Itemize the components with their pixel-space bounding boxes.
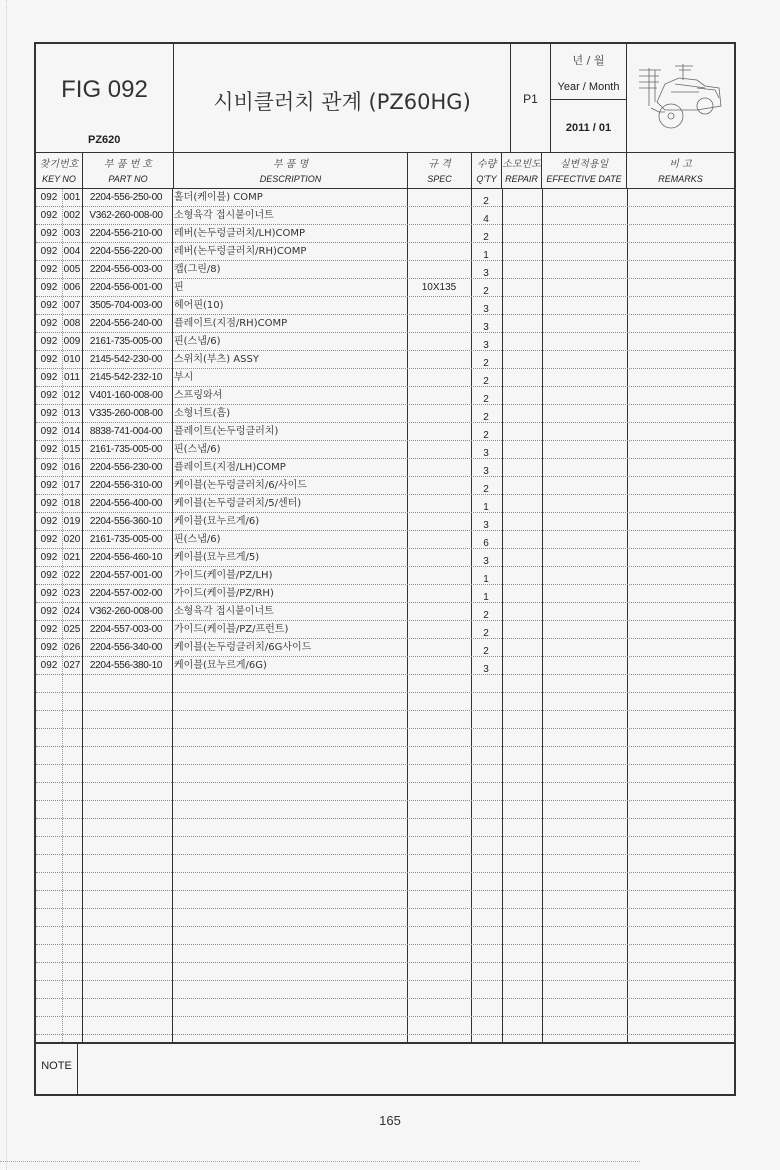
fig-number-cell: 092	[36, 531, 62, 549]
key-number-cell: 018	[62, 495, 82, 513]
description-cell: 케이블(논두렁클러치/5/센터)	[174, 495, 404, 513]
empty-table-row	[36, 981, 734, 999]
key-number-cell: 010	[62, 351, 82, 369]
empty-table-row	[36, 729, 734, 747]
fig-number-cell: 092	[36, 243, 62, 261]
empty-table-row	[36, 1017, 734, 1035]
col-part-no-ko: 부 품 번 호	[83, 155, 173, 170]
key-number-cell: 014	[62, 423, 82, 441]
part-number-cell: 2204-556-310-00	[83, 477, 169, 495]
col-spec-en: SPEC	[408, 174, 471, 184]
empty-table-row	[36, 891, 734, 909]
description-cell: 핀(스냅/6)	[174, 333, 404, 351]
spec-cell	[408, 351, 470, 369]
part-number-cell: 2204-556-340-00	[83, 639, 169, 657]
date-label-en: Year / Month	[551, 81, 626, 93]
key-number-cell: 007	[62, 297, 82, 315]
part-number-cell: V335-260-008-00	[83, 405, 169, 423]
key-number-cell: 027	[62, 657, 82, 675]
spec-cell	[408, 621, 470, 639]
description-cell: 케이블(논두렁클러치/6/사이드	[174, 477, 404, 495]
spec-cell	[408, 477, 470, 495]
description-cell: 케이블(묘누르게/6G)	[174, 657, 404, 675]
fig-number-cell: 092	[36, 423, 62, 441]
rice-transplanter-illustration-icon	[635, 62, 727, 134]
date-box: 년 / 월 Year / Month 2011 / 01	[551, 44, 627, 152]
spec-cell	[408, 315, 470, 333]
spec-cell	[408, 441, 470, 459]
fig-number-cell: 092	[36, 477, 62, 495]
spec-cell	[408, 513, 470, 531]
description-cell: 케이블(묘누르게/6)	[174, 513, 404, 531]
spec-cell	[408, 459, 470, 477]
part-number-cell: 2204-557-002-00	[83, 585, 169, 603]
key-number-cell: 006	[62, 279, 82, 297]
fig-number-cell: 092	[36, 369, 62, 387]
fig-number-cell: 092	[36, 459, 62, 477]
scan-edge-line	[0, 1161, 640, 1162]
empty-table-row	[36, 855, 734, 873]
table-row: 0920042204-556-220-00레버(논두렁클러치/RH)COMP1	[36, 243, 734, 261]
fig-number-cell: 092	[36, 585, 62, 603]
spec-cell	[408, 423, 470, 441]
spec-cell	[408, 585, 470, 603]
table-row: 092024V362-260-008-00소형육각 접시붙이너트2	[36, 603, 734, 621]
spec-cell	[408, 333, 470, 351]
part-number-cell: 2204-556-220-00	[83, 243, 169, 261]
key-number-cell: 022	[62, 567, 82, 585]
description-cell: 케이블(묘누르게/5)	[174, 549, 404, 567]
description-cell: 소형육각 접시붙이너트	[174, 603, 404, 621]
key-number-cell: 026	[62, 639, 82, 657]
table-row: 0920052204-556-003-00캡(그린/8)3	[36, 261, 734, 279]
part-number-cell: V401-160-008-00	[83, 387, 169, 405]
spec-cell	[408, 495, 470, 513]
fig-number-cell: 092	[36, 189, 62, 207]
col-remarks-en: REMARKS	[627, 174, 734, 184]
part-number-cell: 2204-556-240-00	[83, 315, 169, 333]
spec-cell	[408, 261, 470, 279]
part-number-cell: V362-260-008-00	[83, 603, 169, 621]
table-row: 0920202161-735-005-00핀(스냅/6)6	[36, 531, 734, 549]
part-number-cell: 2204-556-230-00	[83, 459, 169, 477]
key-number-cell: 025	[62, 621, 82, 639]
fig-number-cell: 092	[36, 657, 62, 675]
col-effective-date: 실변적용일 EFFECTIVE DATE	[542, 153, 627, 188]
spec-cell	[408, 549, 470, 567]
description-cell: 캡(그린/8)	[174, 261, 404, 279]
empty-table-row	[36, 801, 734, 819]
part-number-cell: 3505-704-003-00	[83, 297, 169, 315]
col-repair-en: REPAIR	[502, 174, 541, 184]
col-part-no: 부 품 번 호 PART NO	[83, 153, 174, 188]
part-number-cell: 2161-735-005-00	[83, 333, 169, 351]
empty-table-row	[36, 945, 734, 963]
part-number-cell: 2161-735-005-00	[83, 441, 169, 459]
fig-number-cell: 092	[36, 279, 62, 297]
empty-table-row	[36, 819, 734, 837]
key-number-cell: 002	[62, 207, 82, 225]
key-number-cell: 017	[62, 477, 82, 495]
part-number-cell: 8838-741-004-00	[83, 423, 169, 441]
page-title: 시비클러치 관계 (PZ60HG)	[174, 86, 510, 116]
empty-table-row	[36, 837, 734, 855]
page-number: 165	[0, 1113, 780, 1128]
part-number-cell: 2145-542-230-00	[83, 351, 169, 369]
date-label-ko: 년 / 월	[551, 52, 626, 68]
part-number-cell: 2145-542-232-10	[83, 369, 169, 387]
empty-table-row	[36, 999, 734, 1017]
description-cell: 가이드(케이블/PZ/RH)	[174, 585, 404, 603]
part-number-cell: 2204-556-250-00	[83, 189, 169, 207]
description-cell: 가이드(케이블/PZ/프런트)	[174, 621, 404, 639]
key-number-cell: 009	[62, 333, 82, 351]
key-number-cell: 003	[62, 225, 82, 243]
illustration-box	[627, 44, 734, 152]
date-label-box: 년 / 월 Year / Month	[551, 44, 626, 100]
fig-number-cell: 092	[36, 315, 62, 333]
empty-table-row	[36, 693, 734, 711]
table-row: 0920232204-557-002-00가이드(케이블/PZ/RH)1	[36, 585, 734, 603]
key-number-cell: 016	[62, 459, 82, 477]
description-cell: 플레이트(지점/LH)COMP	[174, 459, 404, 477]
part-number-cell: 2161-735-005-00	[83, 531, 169, 549]
part-number-cell: 2204-556-400-00	[83, 495, 169, 513]
description-cell: 핀(스냅/6)	[174, 441, 404, 459]
page-code: P1	[511, 92, 550, 106]
description-cell: 홀더(케이블) COMP	[174, 189, 404, 207]
col-spec-ko: 규 격	[408, 155, 471, 170]
empty-table-row	[36, 675, 734, 693]
part-number-cell: 2204-556-001-00	[83, 279, 169, 297]
spec-cell	[408, 189, 470, 207]
fig-number-cell: 092	[36, 333, 62, 351]
fig-number-cell: 092	[36, 513, 62, 531]
spec-cell	[408, 243, 470, 261]
fig-number-cell: 092	[36, 549, 62, 567]
table-row: 0920082204-556-240-00플레이트(지점/RH)COMP3	[36, 315, 734, 333]
col-key-no: 찾기번호 KEY NO	[36, 153, 83, 188]
part-number-cell: 2204-556-360-10	[83, 513, 169, 531]
col-repair-ko: 소모빈도	[502, 155, 541, 170]
col-description-ko: 부 품 명	[174, 155, 407, 170]
part-number-cell: 2204-556-380-10	[83, 657, 169, 675]
part-number-cell: 2204-556-003-00	[83, 261, 169, 279]
fig-number-cell: 092	[36, 495, 62, 513]
description-cell: 케이블(논두렁클러치/6G사이드	[174, 639, 404, 657]
col-effective-date-en: EFFECTIVE DATE	[542, 174, 626, 184]
fig-number-cell: 092	[36, 567, 62, 585]
key-number-cell: 020	[62, 531, 82, 549]
table-row: 0920162204-556-230-00플레이트(지점/LH)COMP3	[36, 459, 734, 477]
spec-cell	[408, 657, 470, 675]
part-number-cell: 2204-556-210-00	[83, 225, 169, 243]
col-description: 부 품 명 DESCRIPTION	[174, 153, 408, 188]
spec-cell	[408, 639, 470, 657]
spec-cell	[408, 369, 470, 387]
fig-number-cell: 092	[36, 639, 62, 657]
parts-sheet: FIG 092 PZ620 시비클러치 관계 (PZ60HG) P1 년 / 월…	[34, 42, 736, 1096]
table-row: 0920182204-556-400-00케이블(논두렁클러치/5/센터)1	[36, 495, 734, 513]
col-qty-ko: 수량	[472, 155, 501, 170]
key-number-cell: 004	[62, 243, 82, 261]
table-row: 0920152161-735-005-00핀(스냅/6)3	[36, 441, 734, 459]
key-number-cell: 008	[62, 315, 82, 333]
col-part-no-en: PART NO	[83, 174, 173, 184]
key-number-cell: 001	[62, 189, 82, 207]
description-cell: 스위치(부츠) ASSY	[174, 351, 404, 369]
spec-cell	[408, 567, 470, 585]
fig-number-cell: 092	[36, 351, 62, 369]
fig-number-cell: 092	[36, 621, 62, 639]
table-row: 0920222204-557-001-00가이드(케이블/PZ/LH)1	[36, 567, 734, 585]
empty-table-row	[36, 711, 734, 729]
part-number-cell: 2204-557-003-00	[83, 621, 169, 639]
fig-number-cell: 092	[36, 405, 62, 423]
col-key-no-ko: 찾기번호	[36, 155, 82, 170]
page-edge	[0, 0, 7, 1170]
fig-number-cell: 092	[36, 297, 62, 315]
table-row: 0920172204-556-310-00케이블(논두렁클러치/6/사이드2	[36, 477, 734, 495]
fig-number-cell: 092	[36, 207, 62, 225]
note-label: NOTE	[36, 1044, 78, 1094]
key-number-cell: 012	[62, 387, 82, 405]
table-row: 092012V401-160-008-00스프링와셔2	[36, 387, 734, 405]
fig-number-cell: 092	[36, 387, 62, 405]
key-number-cell: 024	[62, 603, 82, 621]
description-cell: 레버(논두렁클러치/RH)COMP	[174, 243, 404, 261]
key-number-cell: 021	[62, 549, 82, 567]
description-cell: 가이드(케이블/PZ/LH)	[174, 567, 404, 585]
key-number-cell: 023	[62, 585, 82, 603]
empty-table-row	[36, 909, 734, 927]
col-qty: 수량 Q'TY	[472, 153, 502, 188]
col-remarks: 비 고 REMARKS	[627, 153, 734, 188]
part-number-cell: V362-260-008-00	[83, 207, 169, 225]
key-number-cell: 015	[62, 441, 82, 459]
title-box: 시비클러치 관계 (PZ60HG)	[174, 44, 511, 152]
spec-cell	[408, 225, 470, 243]
table-row: 0920272204-556-380-10케이블(묘누르게/6G)3	[36, 657, 734, 675]
key-number-cell: 013	[62, 405, 82, 423]
col-key-no-en: KEY NO	[36, 174, 82, 184]
spec-cell	[408, 207, 470, 225]
figure-box: FIG 092 PZ620	[36, 44, 174, 152]
fig-number-cell: 092	[36, 441, 62, 459]
description-cell: 레버(논두렁클러치/LH)COMP	[174, 225, 404, 243]
empty-table-row	[36, 747, 734, 765]
spec-cell	[408, 405, 470, 423]
empty-table-row	[36, 873, 734, 891]
description-cell: 헤어핀(10)	[174, 297, 404, 315]
table-row: 0920192204-556-360-10케이블(묘누르게/6)3	[36, 513, 734, 531]
empty-table-row	[36, 963, 734, 981]
parts-table-body: 0920012204-556-250-00홀더(케이블) COMP2092002…	[36, 189, 734, 1042]
description-cell: 부시	[174, 369, 404, 387]
col-remarks-ko: 비 고	[627, 155, 734, 170]
date-value: 2011 / 01	[551, 122, 626, 134]
empty-table-row	[36, 783, 734, 801]
description-cell: 소형육각 접시붙이너트	[174, 207, 404, 225]
table-row: 092013V335-260-008-00소형너트(흠)2	[36, 405, 734, 423]
table-row: 0920102145-542-230-00스위치(부츠) ASSY2	[36, 351, 734, 369]
fig-number-cell: 092	[36, 225, 62, 243]
description-cell: 핀(스냅/6)	[174, 531, 404, 549]
spec-cell	[408, 531, 470, 549]
col-qty-en: Q'TY	[472, 174, 501, 184]
table-row: 0920148838-741-004-00플레이트(논두렁클러치)2	[36, 423, 734, 441]
col-repair: 소모빈도 REPAIR	[502, 153, 542, 188]
description-cell: 플레이트(논두렁클러치)	[174, 423, 404, 441]
key-number-cell: 011	[62, 369, 82, 387]
table-row: 092002V362-260-008-00소형육각 접시붙이너트4	[36, 207, 734, 225]
table-row: 0920112145-542-232-10부시2	[36, 369, 734, 387]
table-row: 0920032204-556-210-00레버(논두렁클러치/LH)COMP2	[36, 225, 734, 243]
spec-cell: 10X135	[408, 279, 470, 297]
table-row: 0920262204-556-340-00케이블(논두렁클러치/6G사이드2	[36, 639, 734, 657]
col-spec: 규 격 SPEC	[408, 153, 472, 188]
page-code-box: P1	[511, 44, 551, 152]
description-cell: 핀	[174, 279, 404, 297]
key-number-cell: 005	[62, 261, 82, 279]
description-cell: 플레이트(지점/RH)COMP	[174, 315, 404, 333]
spec-cell	[408, 387, 470, 405]
table-row: 0920062204-556-001-00핀10X1352	[36, 279, 734, 297]
table-row: 0920012204-556-250-00홀더(케이블) COMP2	[36, 189, 734, 207]
spec-cell	[408, 603, 470, 621]
figure-number: FIG 092	[36, 76, 173, 104]
empty-table-row	[36, 927, 734, 945]
table-row: 0920252204-557-003-00가이드(케이블/PZ/프런트)2	[36, 621, 734, 639]
part-number-cell: 2204-557-001-00	[83, 567, 169, 585]
description-cell: 스프링와셔	[174, 387, 404, 405]
column-header-row: 찾기번호 KEY NO 부 품 번 호 PART NO 부 품 명 DESCRI…	[36, 152, 734, 189]
table-row: 0920212204-556-460-10케이블(묘누르게/5)3	[36, 549, 734, 567]
spec-cell	[408, 297, 470, 315]
model-name: PZ620	[88, 134, 120, 146]
part-number-cell: 2204-556-460-10	[83, 549, 169, 567]
fig-number-cell: 092	[36, 261, 62, 279]
col-effective-date-ko: 실변적용일	[542, 155, 626, 170]
key-number-cell: 019	[62, 513, 82, 531]
table-row: 0920073505-704-003-00헤어핀(10)3	[36, 297, 734, 315]
empty-table-row	[36, 765, 734, 783]
description-cell: 소형너트(흠)	[174, 405, 404, 423]
table-row: 0920092161-735-005-00핀(스냅/6)3	[36, 333, 734, 351]
note-box: NOTE	[36, 1042, 734, 1094]
fig-number-cell: 092	[36, 603, 62, 621]
col-description-en: DESCRIPTION	[174, 174, 407, 184]
